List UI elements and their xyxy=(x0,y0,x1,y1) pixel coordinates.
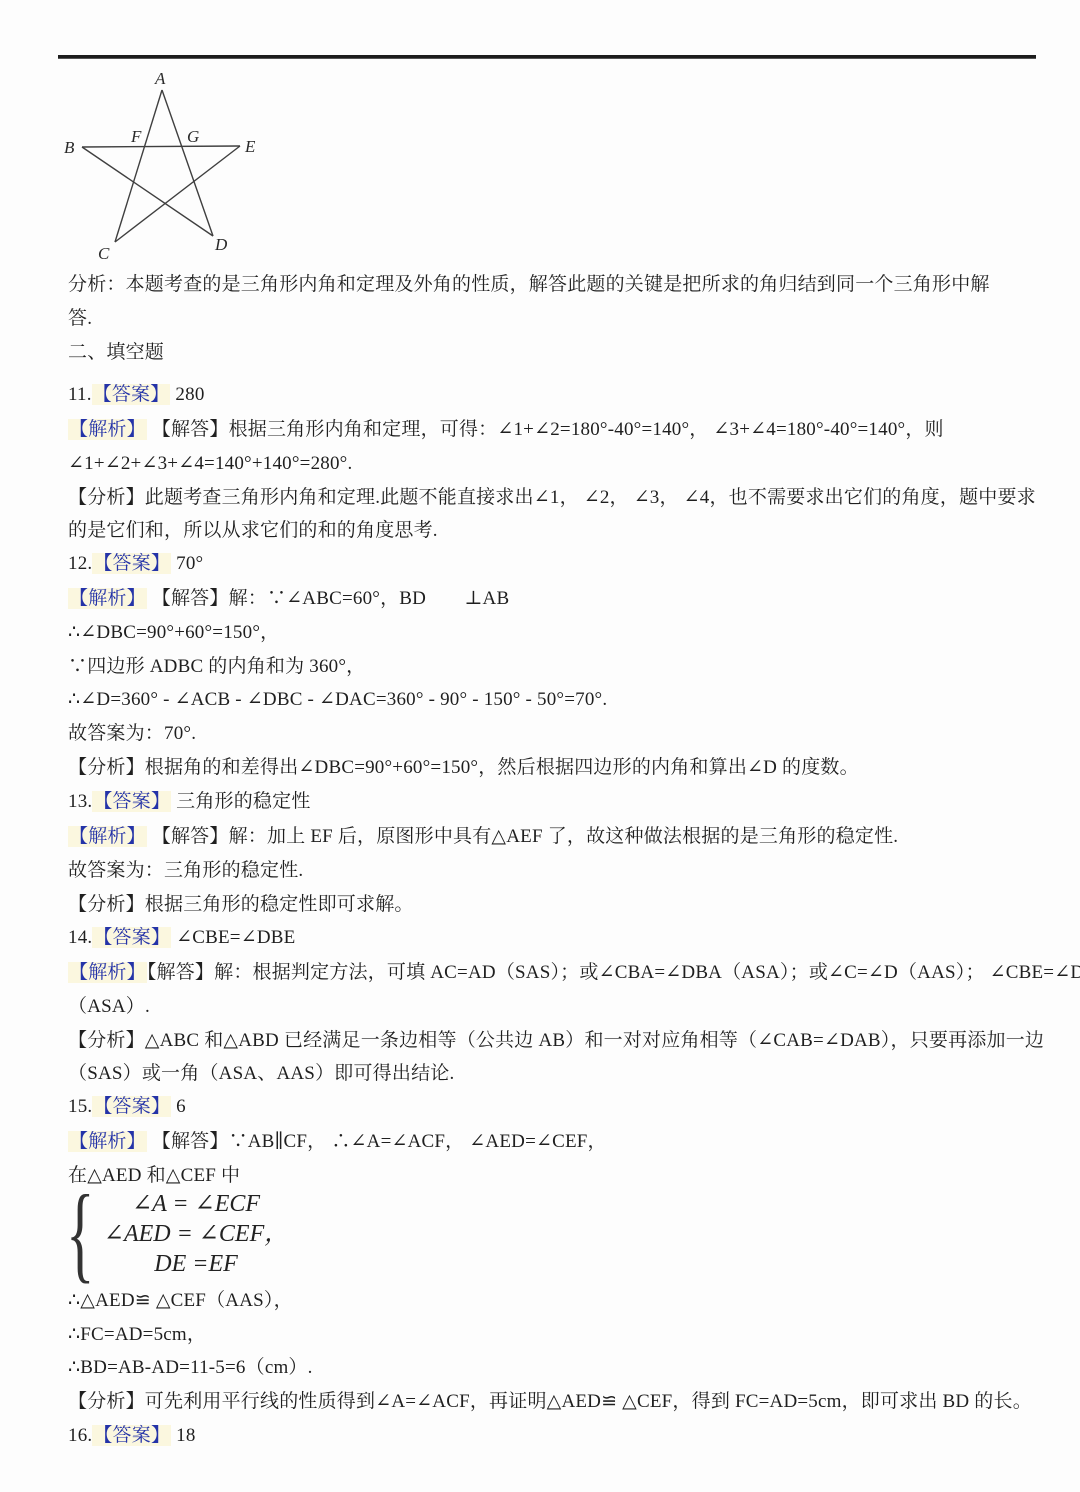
figure-label-C: C xyxy=(98,244,110,263)
text-line: ∵四边形 ADBC 的内角和为 360°， xyxy=(68,654,365,680)
text-line: 分析：本题考查的是三角形内角和定理及外角的性质，解答此题的关键是把所求的角归结到… xyxy=(68,272,990,298)
text-line: 【解析】【解答】解：根据判定方法，可填 AC=AD（SAS）；或∠CBA=∠DB… xyxy=(68,960,1080,986)
label-tag: 【解析】 xyxy=(68,1131,147,1152)
text-line: 14.【答案】 ∠CBE=∠DBE xyxy=(68,925,295,951)
equation-row: DE =EF xyxy=(154,1249,238,1279)
figure-label-D: D xyxy=(214,235,228,254)
text-segment: 故答案为：三角形的稳定性. xyxy=(68,860,303,881)
star-edge-CE xyxy=(115,146,240,242)
label-tag: 【答案】 xyxy=(92,1096,171,1117)
text-segment: 16. xyxy=(68,1425,92,1446)
text-line: 12.【答案】 70° xyxy=(68,551,203,577)
text-line: 【分析】△ABC 和△ABD 已经满足一条边相等（公共边 AB）和一对对应角相等… xyxy=(68,1028,1044,1054)
text-segment: ∠CBE=∠DBE xyxy=(171,927,295,948)
star-edge-EB xyxy=(82,146,240,147)
label-tag: 【答案】 xyxy=(92,927,171,948)
text-segment: ∴∠DBC=90°+60°=150°， xyxy=(68,622,279,643)
label-tag: 【解析】 xyxy=(68,962,147,983)
star-edge-BD xyxy=(82,147,213,236)
text-segment: 70° xyxy=(171,553,203,574)
star-edge-DA xyxy=(162,90,213,236)
text-line: 故答案为：三角形的稳定性. xyxy=(68,858,303,884)
text-segment: ∴BD=AB-AD=11-5=6（cm）. xyxy=(68,1357,313,1378)
text-segment: 【解答】根据三角形内角和定理，可得：∠1+∠2=180°-40°=140°， ∠… xyxy=(147,419,944,440)
figure-label-G: G xyxy=(187,127,199,146)
text-line: 【解析】 【解答】解：∵∠ABC=60°，BD ⊥AB xyxy=(68,586,509,612)
text-segment: 分析：本题考查的是三角形内角和定理及外角的性质，解答此题的关键是把所求的角归结到… xyxy=(68,274,990,295)
text-segment: ∴∠D=360° - ∠ACB - ∠DBC - ∠DAC=360° - 90°… xyxy=(68,689,607,710)
text-segment: 13. xyxy=(68,791,92,812)
text-segment: 【解答】解：∵∠ABC=60°，BD ⊥AB xyxy=(147,588,510,609)
text-segment: 【解答】解：加上 EF 后，原图形中具有△AEF 了，故这种做法根据的是三角形的… xyxy=(147,826,898,847)
label-tag: 【答案】 xyxy=(92,791,171,812)
label-tag: 【答案】 xyxy=(92,384,171,405)
text-line: ∴FC=AD=5cm， xyxy=(68,1322,206,1348)
left-brace: { xyxy=(66,1188,95,1280)
text-segment: 【解答】∵AB∥CF， ∴∠A=∠ACF， ∠AED=∠CEF， xyxy=(147,1131,607,1152)
equation-system: { ∠A = ∠ECF∠AED = ∠CEF，DE =EF xyxy=(66,1188,288,1280)
text-line: 【解析】 【解答】∵AB∥CF， ∴∠A=∠ACF， ∠AED=∠CEF， xyxy=(68,1129,607,1155)
text-segment: 【解答】解：根据判定方法，可填 AC=AD（SAS）；或∠CBA=∠DBA（AS… xyxy=(147,962,1080,983)
header-rule xyxy=(58,55,1036,59)
label-tag: 【解析】 xyxy=(68,419,147,440)
text-line: ∴∠DBC=90°+60°=150°， xyxy=(68,620,279,646)
document-page: ABEFGCD 分析：本题考查的是三角形内角和定理及外角的性质，解答此题的关键是… xyxy=(0,0,1080,1492)
text-line: 16.【答案】 18 xyxy=(68,1423,196,1449)
text-segment: 【分析】△ABC 和△ABD 已经满足一条边相等（公共边 AB）和一对对应角相等… xyxy=(68,1030,1044,1051)
text-segment: ∵四边形 ADBC 的内角和为 360°， xyxy=(68,656,365,677)
figure-label-F: F xyxy=(130,127,142,146)
text-line: 11.【答案】 280 xyxy=(68,382,205,408)
text-line: ∴BD=AB-AD=11-5=6（cm）. xyxy=(68,1355,313,1381)
text-line: 故答案为：70°. xyxy=(68,721,196,747)
text-segment: 【分析】根据三角形的稳定性即可求解。 xyxy=(68,894,414,915)
text-segment: 故答案为：70°. xyxy=(68,723,196,744)
text-segment: 【分析】可先利用平行线的性质得到∠A=∠ACF，再证明△AED≌ △CEF，得到… xyxy=(68,1391,1032,1412)
text-segment: 的是它们和，所以从求它们的和的角度思考. xyxy=(68,520,438,541)
text-line: ∠1+∠2+∠3+∠4=140°+140°=280°. xyxy=(68,451,352,477)
text-segment: ∴FC=AD=5cm， xyxy=(68,1324,206,1345)
figure-label-E: E xyxy=(244,137,256,156)
text-segment: （ASA）. xyxy=(68,996,150,1017)
text-segment: 【分析】此题考查三角形内角和定理.此题不能直接求出∠1， ∠2， ∠3， ∠4，… xyxy=(68,487,1036,508)
text-line: （ASA）. xyxy=(68,994,150,1020)
text-line: 15.【答案】 6 xyxy=(68,1094,186,1120)
equation-row: ∠A = ∠ECF xyxy=(132,1189,260,1219)
label-tag: 【答案】 xyxy=(92,1425,171,1446)
star-edge-AC xyxy=(115,90,162,242)
text-line: 二、填空题 xyxy=(68,340,164,366)
text-line: 【解析】 【解答】根据三角形内角和定理，可得：∠1+∠2=180°-40°=14… xyxy=(68,417,944,443)
star-figure: ABEFGCD xyxy=(50,60,280,272)
text-segment: 6 xyxy=(171,1096,186,1117)
text-line: 【分析】可先利用平行线的性质得到∠A=∠ACF，再证明△AED≌ △CEF，得到… xyxy=(68,1389,1032,1415)
label-tag: 【答案】 xyxy=(92,553,171,574)
text-segment: 12. xyxy=(68,553,92,574)
equation-row: ∠AED = ∠CEF， xyxy=(104,1219,288,1249)
text-segment: 18 xyxy=(171,1425,195,1446)
text-line: 的是它们和，所以从求它们的和的角度思考. xyxy=(68,518,438,544)
text-segment: ∠1+∠2+∠3+∠4=140°+140°=280°. xyxy=(68,453,352,474)
text-segment: ∴△AED≌ △CEF（AAS）， xyxy=(68,1290,293,1311)
text-segment: 280 xyxy=(170,384,204,405)
equation-rows: ∠A = ∠ECF∠AED = ∠CEF，DE =EF xyxy=(104,1189,288,1279)
text-line: ∴∠D=360° - ∠ACB - ∠DBC - ∠DAC=360° - 90°… xyxy=(68,687,607,713)
text-segment: 二、填空题 xyxy=(68,342,164,363)
text-segment: 答. xyxy=(68,308,92,329)
text-segment: 15. xyxy=(68,1096,92,1117)
text-line: 【分析】根据三角形的稳定性即可求解。 xyxy=(68,892,414,918)
text-line: ∴△AED≌ △CEF（AAS）， xyxy=(68,1288,293,1314)
text-line: 【分析】此题考查三角形内角和定理.此题不能直接求出∠1， ∠2， ∠3， ∠4，… xyxy=(68,485,1036,511)
text-segment: （SAS）或一角（ASA、AAS）即可得出结论. xyxy=(68,1063,454,1084)
text-line: 13.【答案】 三角形的稳定性 xyxy=(68,789,311,815)
figure-label-B: B xyxy=(64,138,75,157)
text-segment: 三角形的稳定性 xyxy=(171,791,310,812)
text-line: （SAS）或一角（ASA、AAS）即可得出结论. xyxy=(68,1061,454,1087)
text-line: 【分析】根据角的和差得出∠DBC=90°+60°=150°，然后根据四边形的内角… xyxy=(68,755,859,781)
text-segment: 【分析】根据角的和差得出∠DBC=90°+60°=150°，然后根据四边形的内角… xyxy=(68,757,859,778)
text-segment: 11. xyxy=(68,384,92,405)
text-line: 答. xyxy=(68,306,92,332)
label-tag: 【解析】 xyxy=(68,826,147,847)
text-segment: 14. xyxy=(68,927,92,948)
label-tag: 【解析】 xyxy=(68,588,147,609)
figure-label-A: A xyxy=(154,69,166,88)
text-line: 【解析】 【解答】解：加上 EF 后，原图形中具有△AEF 了，故这种做法根据的… xyxy=(68,824,898,850)
